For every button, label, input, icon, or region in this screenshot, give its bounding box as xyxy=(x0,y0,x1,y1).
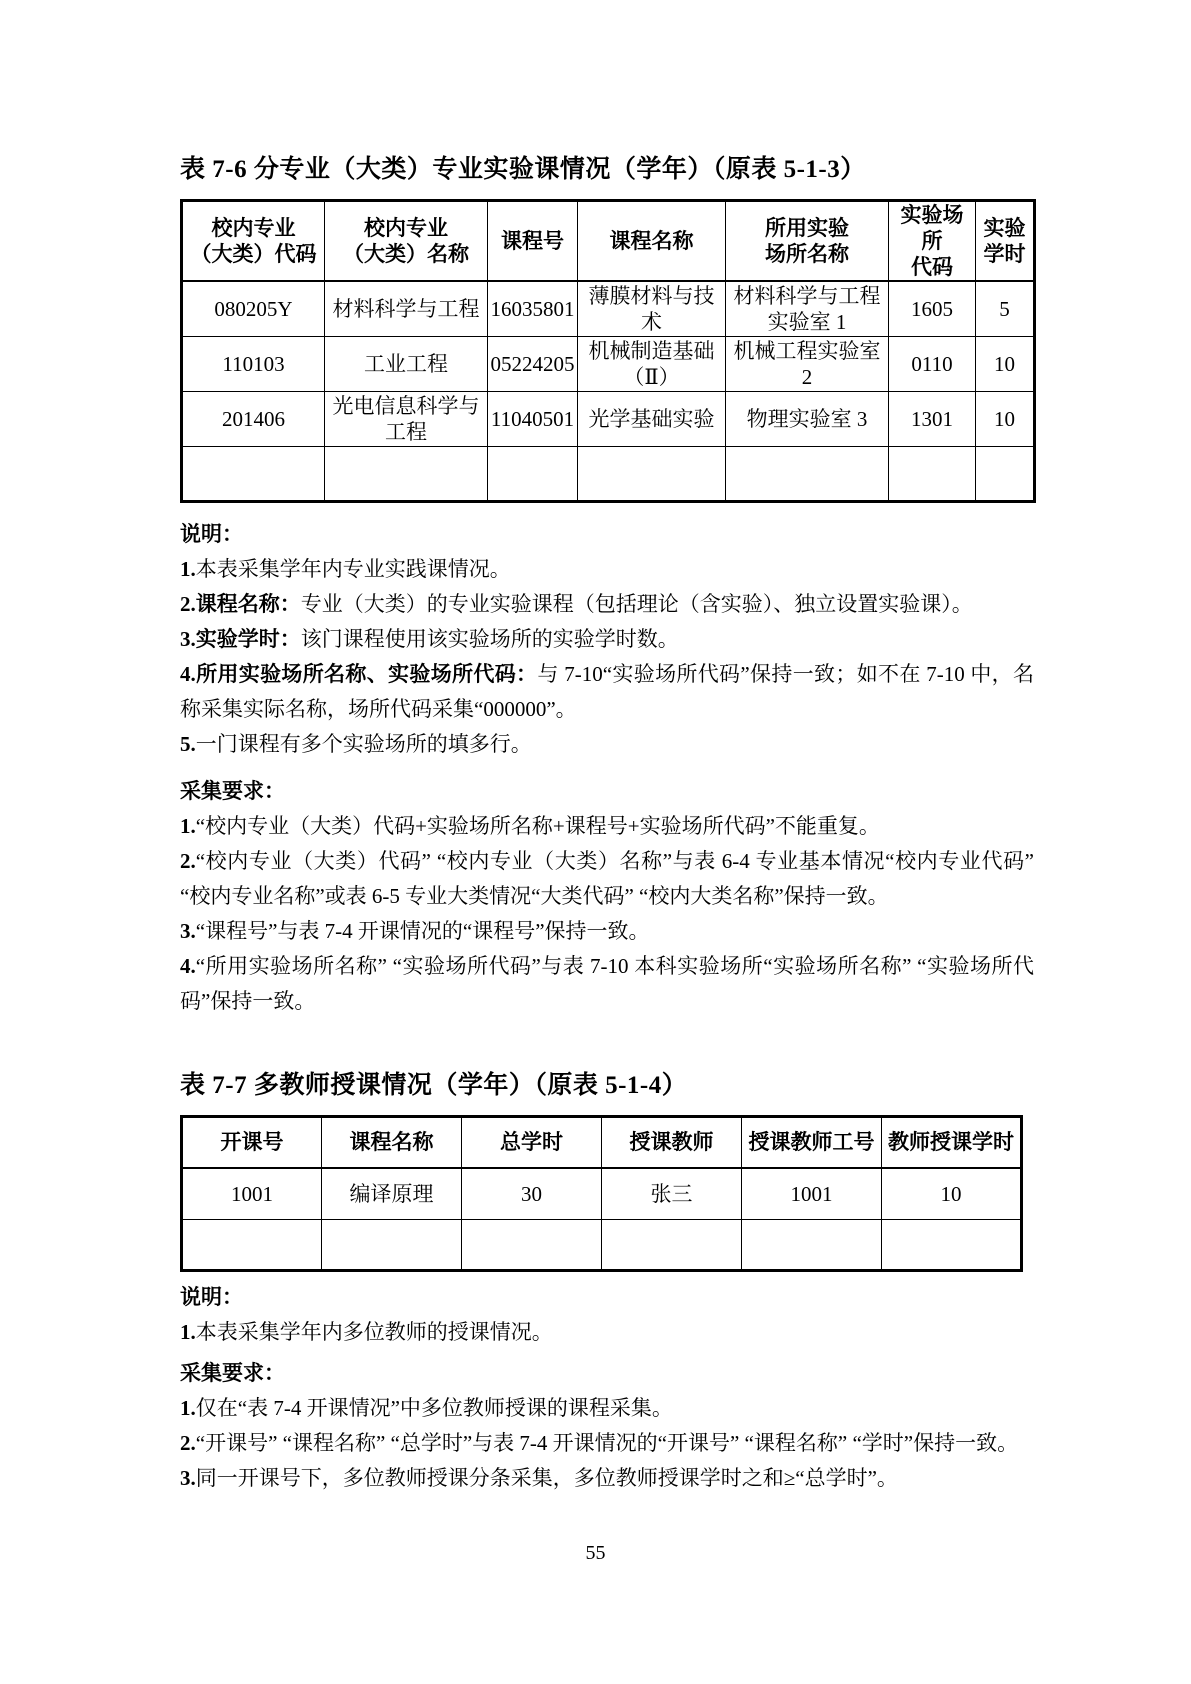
note-line-bold-text: 3. xyxy=(180,1466,196,1490)
table-cell: 5 xyxy=(976,281,1035,336)
document-page: 表 7-6 分专业（大类）专业实验课情况（学年）（原表 5-1-3） 校内专业 … xyxy=(0,0,1191,1684)
table-cell: 1605 xyxy=(889,281,976,336)
table-cell xyxy=(322,1219,462,1270)
table-row: 201406光电信息科学与工程11040501光学基础实验物理实验室 31301… xyxy=(182,391,1035,446)
notes-label: 说明： xyxy=(180,517,1034,552)
note-line-bold-text: 2. xyxy=(180,1431,196,1455)
note-line: 2.“校内专业（大类）代码” “校内专业（大类）名称”与表 6-4 专业基本情况… xyxy=(180,844,1034,914)
table-cell: 编译原理 xyxy=(322,1168,462,1219)
note-line: 1.仅在“表 7-4 开课情况”中多位教师授课的课程采集。 xyxy=(180,1391,1034,1426)
table-7-6-title: 表 7-6 分专业（大类）专业实验课情况（学年）（原表 5-1-3） xyxy=(180,156,1034,184)
note-line-bold-text: 5. xyxy=(180,732,196,756)
column-header: 总学时 xyxy=(462,1116,602,1168)
table-row: 1001编译原理30张三100110 xyxy=(182,1168,1022,1219)
note-line: 3.实验学时：该门课程使用该实验场所的实验学时数。 xyxy=(180,622,1034,657)
note-line: 2.课程名称：专业（大类）的专业实验课程（包括理论（含实验）、独立设置实验课）。 xyxy=(180,587,1034,622)
table-row: 080205Y材料科学与工程16035801薄膜材料与技术材料科学与工程实验室 … xyxy=(182,281,1035,336)
table-row xyxy=(182,446,1035,501)
column-header: 开课号 xyxy=(182,1116,322,1168)
note-line: 3.“课程号”与表 7-4 开课情况的“课程号”保持一致。 xyxy=(180,914,1034,949)
note-line-text: 本表采集学年内多位教师的授课情况。 xyxy=(196,1320,553,1344)
note-line: 4.“所用实验场所名称” “实验场所代码”与表 7-10 本科实验场所“实验场所… xyxy=(180,949,1034,1019)
note-line-text: 仅在“表 7-4 开课情况”中多位教师授课的课程采集。 xyxy=(196,1396,673,1420)
note-line-bold-text: 3.实验学时： xyxy=(180,627,301,651)
table-cell xyxy=(182,1219,322,1270)
requirements-label: 采集要求： xyxy=(180,774,1034,809)
table-cell: 201406 xyxy=(182,391,325,446)
note-line-bold-text: 1. xyxy=(180,1396,196,1420)
header-row: 校内专业 （大类）代码校内专业 （大类）名称课程号课程名称所用实验 场所名称实验… xyxy=(182,201,1035,282)
table-cell: 张三 xyxy=(602,1168,742,1219)
table-row xyxy=(182,1219,1022,1270)
column-header: 实验场所 代码 xyxy=(889,201,976,282)
table-cell xyxy=(889,446,976,501)
table-cell xyxy=(488,446,578,501)
note-line: 4.所用实验场所名称、实验场所代码：与 7-10“实验场所代码”保持一致；如不在… xyxy=(180,657,1034,727)
note-line-bold-text: 2.课程名称： xyxy=(180,592,301,616)
requirements-list: 1.仅在“表 7-4 开课情况”中多位教师授课的课程采集。2.“开课号” “课程… xyxy=(180,1391,1034,1496)
table-cell: 物理实验室 3 xyxy=(726,391,889,446)
table-cell xyxy=(462,1219,602,1270)
note-line-text: “课程号”与表 7-4 开课情况的“课程号”保持一致。 xyxy=(196,919,650,943)
column-header: 授课教师工号 xyxy=(742,1116,882,1168)
note-line: 1.本表采集学年内多位教师的授课情况。 xyxy=(180,1315,1034,1350)
table-cell: 光电信息科学与工程 xyxy=(325,391,488,446)
notes-list: 1.本表采集学年内专业实践课情况。2.课程名称：专业（大类）的专业实验课程（包括… xyxy=(180,552,1034,762)
table-cell: 0110 xyxy=(889,336,976,391)
column-header: 实验 学时 xyxy=(976,201,1035,282)
table-cell xyxy=(882,1219,1022,1270)
table-cell: 1001 xyxy=(182,1168,322,1219)
column-header: 课程名称 xyxy=(322,1116,462,1168)
table-cell: 080205Y xyxy=(182,281,325,336)
note-line-text: 一门课程有多个实验场所的填多行。 xyxy=(196,732,532,756)
table-cell xyxy=(976,446,1035,501)
table-cell: 光学基础实验 xyxy=(578,391,726,446)
table-cell: 05224205 xyxy=(488,336,578,391)
table-cell: 材料科学与工程实验室 1 xyxy=(726,281,889,336)
note-line-bold-text: 1. xyxy=(180,814,196,838)
table-7-7-title: 表 7-7 多教师授课情况（学年）（原表 5-1-4） xyxy=(180,1072,1034,1100)
note-line: 1.“校内专业（大类）代码+实验场所名称+课程号+实验场所代码”不能重复。 xyxy=(180,809,1034,844)
table-cell xyxy=(742,1219,882,1270)
table-cell xyxy=(578,446,726,501)
table-cell: 机械制造基础（Ⅱ） xyxy=(578,336,726,391)
table-cell: 机械工程实验室 2 xyxy=(726,336,889,391)
note-line-text: 本表采集学年内专业实践课情况。 xyxy=(196,557,511,581)
column-header: 所用实验 场所名称 xyxy=(726,201,889,282)
table-cell: 工业工程 xyxy=(325,336,488,391)
note-line-text: 同一开课号下，多位教师授课分条采集，多位教师授课学时之和≥“总学时”。 xyxy=(196,1466,898,1490)
column-header: 课程号 xyxy=(488,201,578,282)
note-line-text: “所用实验场所名称” “实验场所代码”与表 7-10 本科实验场所“实验场所名称… xyxy=(180,954,1034,1013)
note-line-text: 该门课程使用该实验场所的实验学时数。 xyxy=(301,627,679,651)
experiment-course-table: 校内专业 （大类）代码校内专业 （大类）名称课程号课程名称所用实验 场所名称实验… xyxy=(180,199,1036,503)
note-line: 5.一门课程有多个实验场所的填多行。 xyxy=(180,727,1034,762)
table-cell xyxy=(182,446,325,501)
note-line-bold-text: 1. xyxy=(180,1320,196,1344)
table-cell: 30 xyxy=(462,1168,602,1219)
table-cell: 材料科学与工程 xyxy=(325,281,488,336)
column-header: 课程名称 xyxy=(578,201,726,282)
note-line-bold-text: 4.所用实验场所名称、实验场所代码： xyxy=(180,662,537,686)
table-cell xyxy=(726,446,889,501)
notes-list: 1.本表采集学年内多位教师的授课情况。 xyxy=(180,1315,1034,1350)
note-line: 1.本表采集学年内专业实践课情况。 xyxy=(180,552,1034,587)
table-cell xyxy=(325,446,488,501)
note-line-text: “校内专业（大类）代码” “校内专业（大类）名称”与表 6-4 专业基本情况“校… xyxy=(180,849,1034,908)
column-header: 校内专业 （大类）代码 xyxy=(182,201,325,282)
note-line-bold-text: 4. xyxy=(180,954,196,978)
table-cell: 1301 xyxy=(889,391,976,446)
note-line-bold-text: 3. xyxy=(180,919,196,943)
requirements-label: 采集要求： xyxy=(180,1356,1034,1391)
page-number: 55 xyxy=(0,1541,1191,1565)
note-line-text: 专业（大类）的专业实验课程（包括理论（含实验）、独立设置实验课）。 xyxy=(301,592,973,616)
table-cell: 10 xyxy=(976,336,1035,391)
header-row: 开课号课程名称总学时授课教师授课教师工号教师授课学时 xyxy=(182,1116,1022,1168)
table-cell: 16035801 xyxy=(488,281,578,336)
table-cell: 11040501 xyxy=(488,391,578,446)
table-row: 110103工业工程05224205机械制造基础（Ⅱ）机械工程实验室 20110… xyxy=(182,336,1035,391)
column-header: 教师授课学时 xyxy=(882,1116,1022,1168)
note-line-text: “开课号” “课程名称” “总学时”与表 7-4 开课情况的“开课号” “课程名… xyxy=(196,1431,1018,1455)
table-cell: 1001 xyxy=(742,1168,882,1219)
column-header: 授课教师 xyxy=(602,1116,742,1168)
note-line-bold-text: 2. xyxy=(180,849,196,873)
column-header: 校内专业 （大类）名称 xyxy=(325,201,488,282)
table-cell: 10 xyxy=(882,1168,1022,1219)
table-cell: 110103 xyxy=(182,336,325,391)
section1-notes: 说明： 1.本表采集学年内专业实践课情况。2.课程名称：专业（大类）的专业实验课… xyxy=(180,517,1034,1019)
table-cell: 10 xyxy=(976,391,1035,446)
table-cell: 薄膜材料与技术 xyxy=(578,281,726,336)
note-line: 3.同一开课号下，多位教师授课分条采集，多位教师授课学时之和≥“总学时”。 xyxy=(180,1461,1034,1496)
note-line-bold-text: 1. xyxy=(180,557,196,581)
notes-label: 说明： xyxy=(180,1280,1034,1315)
requirements-list: 1.“校内专业（大类）代码+实验场所名称+课程号+实验场所代码”不能重复。2.“… xyxy=(180,809,1034,1019)
section2-notes: 说明： 1.本表采集学年内多位教师的授课情况。 采集要求： 1.仅在“表 7-4… xyxy=(180,1280,1034,1496)
table-cell xyxy=(602,1219,742,1270)
note-line: 2.“开课号” “课程名称” “总学时”与表 7-4 开课情况的“开课号” “课… xyxy=(180,1426,1034,1461)
multi-teacher-table: 开课号课程名称总学时授课教师授课教师工号教师授课学时1001编译原理30张三10… xyxy=(180,1115,1023,1272)
note-line-text: “校内专业（大类）代码+实验场所名称+课程号+实验场所代码”不能重复。 xyxy=(196,814,880,838)
